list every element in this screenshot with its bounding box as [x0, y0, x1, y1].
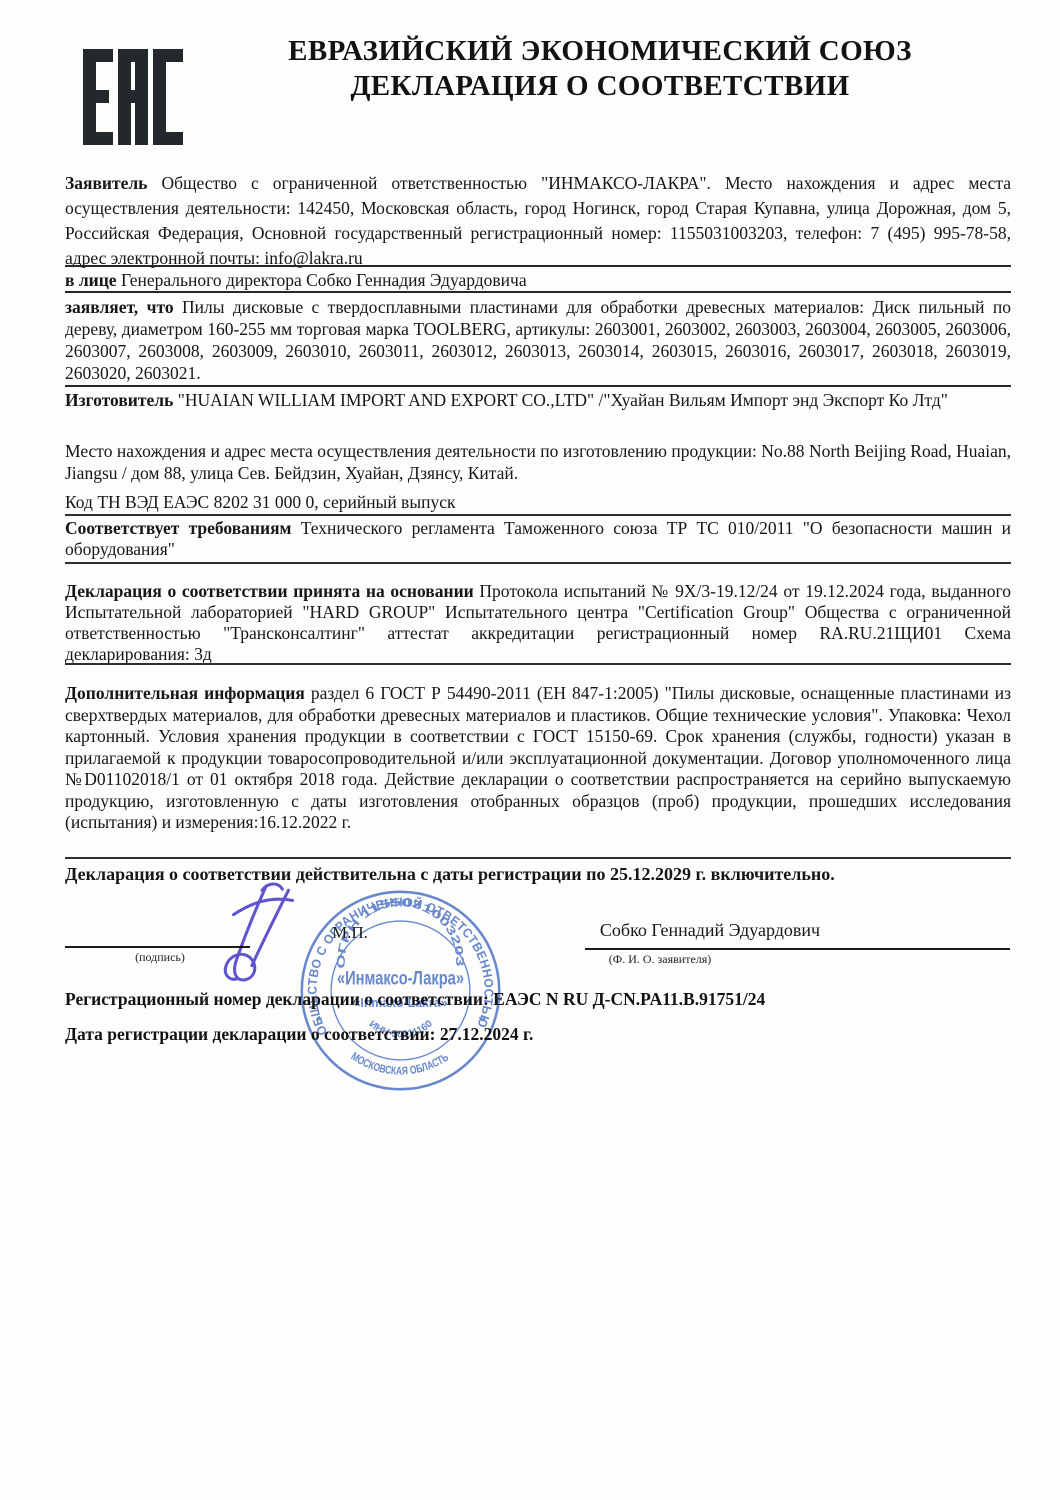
fio-line	[585, 948, 1010, 950]
declaration-document: ЕВРАЗИЙСКИЙ ЭКОНОМИЧЕСКИЙ СОЮЗ ДЕКЛАРАЦИ…	[0, 0, 1060, 1500]
manufacturer-paragraph: Изготовитель "HUAIAN WILLIAM IMPORT AND …	[65, 389, 1011, 411]
applicant-fio: Собко Геннадий Эдуардович	[585, 920, 835, 941]
stamp-company-name-ru: «Инмаксо-Лакра»	[337, 968, 464, 990]
in-person-label: в лице	[65, 270, 117, 290]
section-divider	[65, 857, 1011, 859]
section-divider	[65, 514, 1011, 516]
in-person-text: Генерального директора Собко Геннадия Эд…	[121, 270, 527, 290]
manufacturer-address: Место нахождения и адрес места осуществл…	[65, 440, 1011, 484]
registration-number-label: Регистрационный номер декларации о соотв…	[65, 989, 489, 1009]
section-divider	[65, 663, 1011, 665]
basis-paragraph: Декларация о соответствии принята на осн…	[65, 581, 1011, 665]
manufacturer-label: Изготовитель	[65, 390, 173, 410]
fio-caption: (Ф. И. О. заявителя)	[585, 952, 735, 966]
complies-paragraph: Соответствует требованиям Технического р…	[65, 518, 1011, 560]
applicant-label: Заявитель	[65, 173, 147, 193]
manufacturer-name: "HUAIAN WILLIAM IMPORT AND EXPORT CO.,LT…	[178, 390, 948, 410]
registration-date-line: Дата регистрации декларации о соответств…	[65, 1023, 1011, 1045]
section-divider	[65, 265, 1011, 267]
eac-logo-icon	[83, 48, 183, 146]
declares-paragraph: заявляет, что Пилы дисковые с твердоспла…	[65, 296, 1011, 384]
complies-label: Соответствует требованиям	[65, 518, 291, 538]
registration-date-value: 27.12.2024 г.	[440, 1024, 533, 1044]
section-divider	[65, 385, 1011, 387]
basis-label: Декларация о соответствии принята на осн…	[65, 581, 474, 601]
additional-info-text: раздел 6 ГОСТ Р 54490-2011 (ЕН 847-1:200…	[65, 683, 1011, 832]
signature-caption: (подпись)	[105, 950, 215, 964]
in-person-paragraph: в лице Генерального директора Собко Генн…	[65, 268, 1011, 293]
title-line-2: ДЕКЛАРАЦИЯ О СООТВЕТСТВИИ	[190, 69, 1010, 104]
document-title: ЕВРАЗИЙСКИЙ ЭКОНОМИЧЕСКИЙ СОЮЗ ДЕКЛАРАЦИ…	[190, 34, 1010, 104]
registration-date-label: Дата регистрации декларации о соответств…	[65, 1024, 435, 1044]
applicant-text: Общество с ограниченной ответственностью…	[65, 173, 1011, 268]
registration-number-value: ЕАЭС N RU Д-CN.PA11.B.91751/24	[493, 989, 765, 1009]
applicant-paragraph: Заявитель Общество с ограниченной ответс…	[65, 171, 1011, 271]
section-divider	[65, 562, 1011, 564]
svg-text:МОСКОВСКАЯ ОБЛАСТЬ: МОСКОВСКАЯ ОБЛАСТЬ	[349, 1051, 451, 1078]
additional-info-paragraph: Дополнительная информация раздел 6 ГОСТ …	[65, 683, 1011, 834]
title-line-1: ЕВРАЗИЙСКИЙ ЭКОНОМИЧЕСКИЙ СОЮЗ	[190, 34, 1010, 69]
stamp-ring-bottom-text: МОСКОВСКАЯ ОБЛАСТЬ	[349, 1051, 451, 1078]
declares-label: заявляет, что	[65, 297, 174, 317]
section-divider	[65, 291, 1011, 293]
additional-info-label: Дополнительная информация	[65, 683, 305, 703]
tnved-line: Код ТН ВЭД ЕАЭС 8202 31 000 0, серийный …	[65, 490, 1011, 515]
registration-number-line: Регистрационный номер декларации о соотв…	[65, 988, 1011, 1010]
declares-text: Пилы дисковые с твердосплавными пластина…	[65, 297, 1011, 383]
